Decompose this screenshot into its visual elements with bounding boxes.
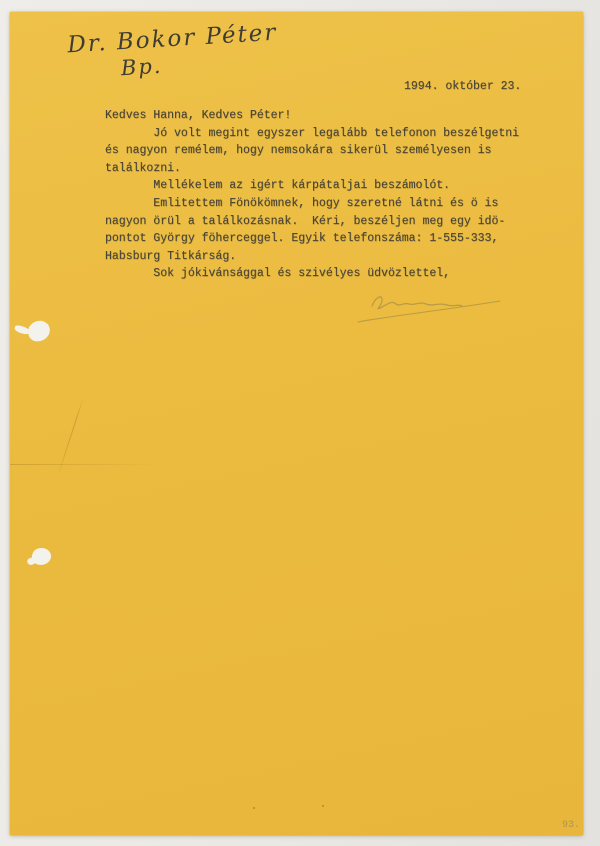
letter-body: Kedves Hanna, Kedves Péter! Jó volt megi… (105, 107, 519, 283)
paper-speck (322, 805, 324, 807)
body-line: Jó volt megint egyszer legalább telefono… (105, 125, 519, 143)
body-line: Kedves Hanna, Kedves Péter! (105, 107, 519, 125)
body-line: és nagyon remélem, hogy nemsokára sikerü… (105, 142, 519, 160)
date-line: 1994. október 23. (404, 80, 521, 93)
body-line: pontot György föherceggel. Egyik telefon… (105, 230, 519, 248)
faint-pencil-signature-icon (350, 286, 520, 332)
punch-hole (31, 547, 52, 566)
scan-background: Dr. Bokor Péter Bp. 1994. október 23. Ke… (0, 0, 600, 846)
crease-line (10, 464, 160, 465)
body-line: találkozni. (105, 160, 519, 178)
body-line: nagyon örül a találkozásnak. Kéri, beszé… (105, 213, 519, 231)
page-number: 93. (562, 820, 580, 831)
punch-hole (26, 319, 52, 343)
body-line: Emlitettem Fönökömnek, hogy szeretné lát… (105, 195, 519, 213)
body-line: Mellékelem az igért kárpátaljai beszámol… (105, 177, 519, 195)
body-line: Habsburg Titkárság. (105, 248, 519, 266)
crease-line (57, 396, 85, 478)
paper-speck (253, 807, 255, 809)
body-line: Sok jókivánsággal és szivélyes üdvözlett… (105, 265, 519, 283)
letter-paper: Dr. Bokor Péter Bp. 1994. október 23. Ke… (10, 12, 583, 835)
handwritten-annotation: Dr. Bokor Péter Bp. (67, 20, 280, 84)
